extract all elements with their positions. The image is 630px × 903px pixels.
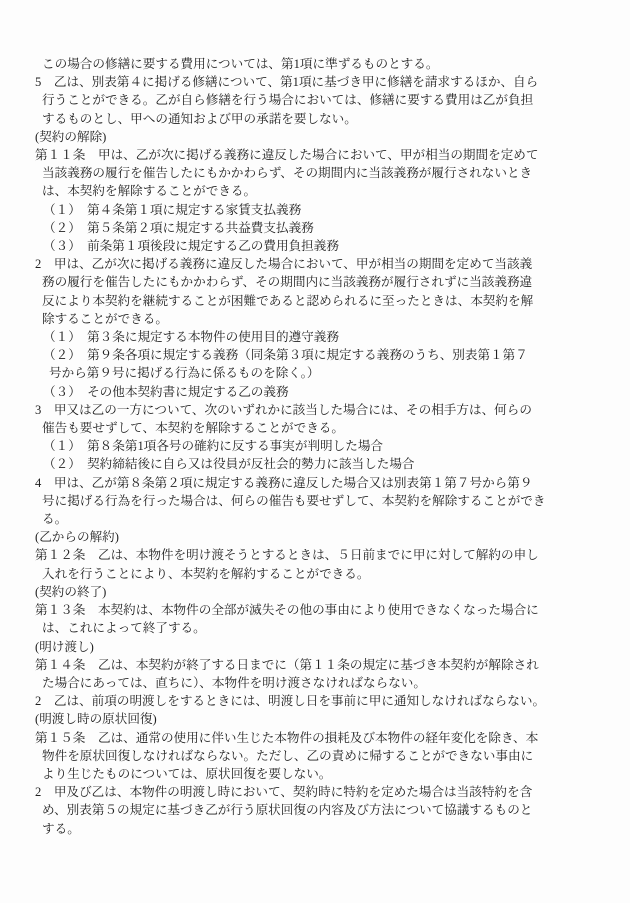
article-line: 第１４条 乙は、本契約が終了する日までに（第１１条の規定に基づき本契約が解除され <box>35 656 610 674</box>
document-line: た場合にあっては、直ちに）、本物件を明け渡さなければならない。 <box>35 674 610 692</box>
list-item: （３） 前条第１項後段に規定する乙の費用負担義務 <box>35 237 610 255</box>
document-line: 催告も要せずして、本契約を解除することができる。 <box>35 419 610 437</box>
document-line: この場合の修繕に要する費用については、第1項に準ずるものとする。 <box>35 55 610 73</box>
paragraph-line: 2 乙は、前項の明渡しをするときには、明渡し日を事前に甲に通知しなければならない… <box>35 692 610 710</box>
document-line: 入れを行うことにより、本契約を解約することができる。 <box>35 565 610 583</box>
paragraph-line: 2 甲及び乙は、本物件の明渡し時において、契約時に特約を定めた場合は当該特約を含 <box>35 783 610 801</box>
document-line: 行うことができる。乙が自ら修繕を行う場合においては、修繕に要する費用は乙が負担 <box>35 91 610 109</box>
paragraph-line: 3 甲又は乙の一方について、次のいずれかに該当した場合には、その相手方は、何らの <box>35 401 610 419</box>
document-line: は、本契約を解除することができる。 <box>35 182 610 200</box>
document-line: 号に掲げる行為を行った場合は、何らの催告も要せずして、本契約を解除することができ <box>35 492 610 510</box>
article-line: 第１５条 乙は、通常の使用に伴い生じた本物件の損耗及び本物件の経年変化を除き、本 <box>35 729 610 747</box>
article-line: 第１３条 本契約は、本物件の全部が滅失その他の事由により使用できなくなった場合に <box>35 601 610 619</box>
document-line: 物件を原状回復しなければならない。ただし、乙の責めに帰することができない事由に <box>35 747 610 765</box>
document-line: 号から第９号に掲げる行為に係るものを除く。） <box>35 364 610 382</box>
document-line: 除することができる。 <box>35 310 610 328</box>
list-item: （１） 第３条に規定する本物件の使用目的遵守義務 <box>35 328 610 346</box>
contract-document-page: この場合の修繕に要する費用については、第1項に準ずるものとする。 5 乙は、別表… <box>0 0 630 903</box>
section-heading: (乙からの解約) <box>35 528 610 546</box>
document-line: 反により本契約を継続することが困難であると認められるに至ったときは、本契約を解 <box>35 292 610 310</box>
document-line: る。 <box>35 510 610 528</box>
list-item: （２） 契約締結後に自ら又は役員が反社会的勢力に該当した場合 <box>35 455 610 473</box>
section-heading: (明け渡し) <box>35 638 610 656</box>
article-line: 第１１条 甲は、乙が次に掲げる義務に違反した場合において、甲が相当の期間を定めて <box>35 146 610 164</box>
section-heading: (明渡し時の原状回復) <box>35 710 610 728</box>
document-line: 5 乙は、別表第４に掲げる修繕について、第1項に基づき甲に修繕を請求するほか、自… <box>35 73 610 91</box>
section-heading: (契約の終了) <box>35 583 610 601</box>
list-item: （１） 第４条第１項に規定する家賃支払義務 <box>35 201 610 219</box>
document-line: より生じたものについては、原状回復を要しない。 <box>35 765 610 783</box>
document-line: 務の履行を催告したにもかかわらず、その期間内に当該義務が履行されずに当該義務違 <box>35 273 610 291</box>
document-line: は、これによって終了する。 <box>35 619 610 637</box>
paragraph-line: 2 甲は、乙が次に掲げる義務に違反した場合において、甲が相当の期間を定めて当該義 <box>35 255 610 273</box>
list-item: （２） 第５条第２項に規定する共益費支払義務 <box>35 219 610 237</box>
list-item: （２） 第９条各項に規定する義務（同条第３項に規定する義務のうち、別表第１第７ <box>35 346 610 364</box>
document-line: 当該義務の履行を催告したにもかかわらず、その期間内に当該義務が履行されないとき <box>35 164 610 182</box>
contract-text-block: この場合の修繕に要する費用については、第1項に準ずるものとする。 5 乙は、別表… <box>35 55 610 838</box>
section-heading: (契約の解除) <box>35 128 610 146</box>
document-line: するものとし、甲への通知および甲の承諾を要しない。 <box>35 110 610 128</box>
document-line: する。 <box>35 820 610 838</box>
document-line: め、別表第５の規定に基づき乙が行う原状回復の内容及び方法について協議するものと <box>35 801 610 819</box>
paragraph-line: 4 甲は、乙が第８条第２項に規定する義務に違反した場合又は別表第１第７号から第９ <box>35 474 610 492</box>
list-item: （３） その他本契約書に規定する乙の義務 <box>35 383 610 401</box>
list-item: （１） 第８条第1項各号の確約に反する事実が判明した場合 <box>35 437 610 455</box>
article-line: 第１２条 乙は、本物件を明け渡そうとするときは、５日前までに甲に対して解約の申し <box>35 546 610 564</box>
